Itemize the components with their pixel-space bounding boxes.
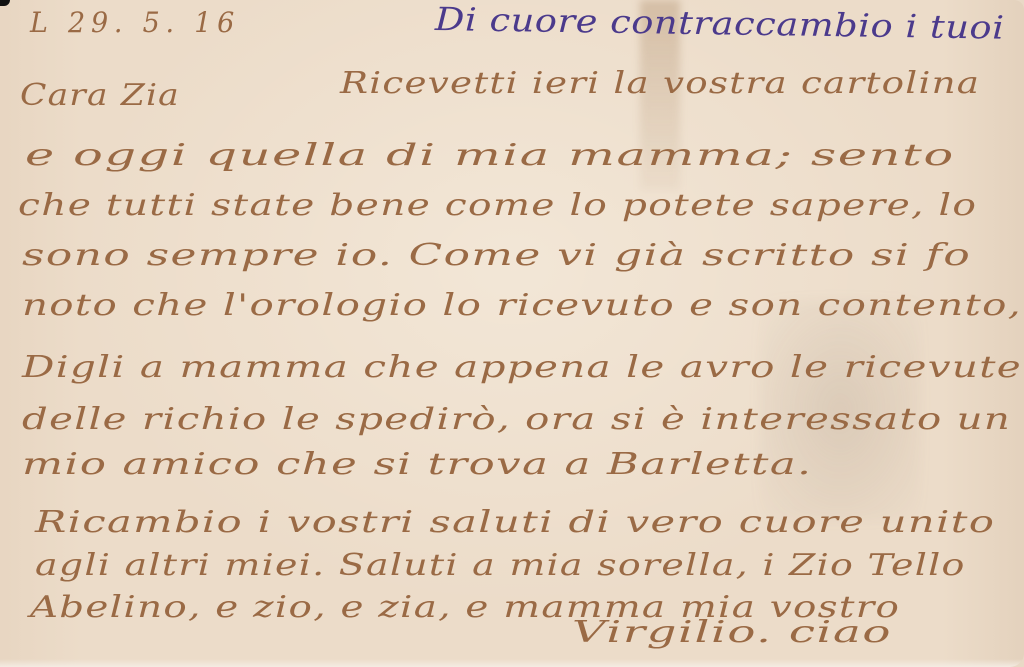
postcard: Di cuore contraccambio i tuoi L 29. 5. 1… <box>0 0 1024 667</box>
paper-bottom-edge <box>0 659 1024 667</box>
scan-corner-shadow <box>0 0 10 6</box>
body-line-4: sono sempre io. Come vi già scritto si f… <box>22 238 971 273</box>
body-line-10: agli altri miei. Saluti a mia sorella, i… <box>35 548 966 583</box>
body-line-9: Ricambio i vostri saluti di vero cuore u… <box>35 505 995 540</box>
body-line-2: e oggi quella di mia mamma; sento <box>25 138 955 173</box>
date: L 29. 5. 16 <box>30 6 240 39</box>
body-line-7: delle richio le spedirò, ora si è intere… <box>22 402 1011 437</box>
salutation: Cara Zia <box>20 78 180 113</box>
body-line-1: Ricevetti ieri la vostra cartolina <box>340 66 980 101</box>
body-line-5: noto che l'orologio lo ricevuto e son co… <box>22 288 1022 323</box>
header-note-purple-ink: Di cuore contraccambio i tuoi <box>435 0 1005 47</box>
body-line-6: Digli a mamma che appena le avro le rice… <box>22 350 1022 385</box>
body-line-3: che tutti state bene come lo potete sape… <box>18 188 977 223</box>
signature: Virgilio. ciao <box>572 615 892 650</box>
body-line-8: mio amico che si trova a Barletta. <box>22 447 812 482</box>
